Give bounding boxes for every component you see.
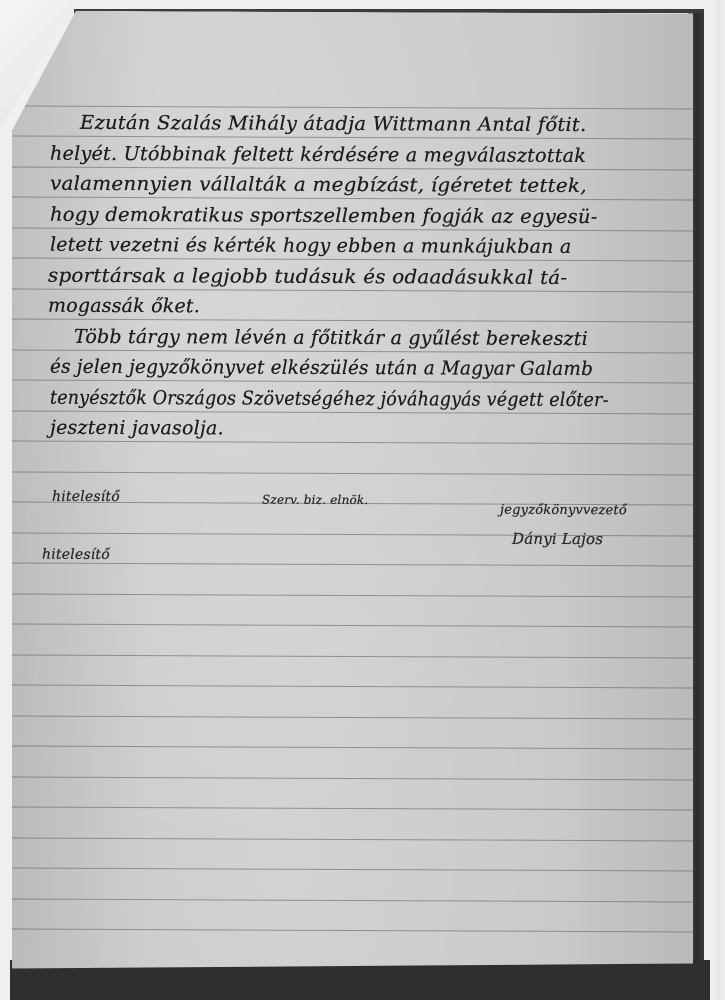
body-line: sporttársak a legjobb tudásuk és odaadás…: [48, 264, 567, 290]
authenticator-label-2: hitelesítő: [42, 543, 110, 567]
document-page: Ezután Szalás Mihály átadja Wittmann Ant…: [12, 11, 693, 972]
recorder-signature: Dányi Lajos: [512, 527, 603, 551]
body-line: valamennyien vállalták a megbízást, ígér…: [50, 172, 587, 198]
body-line: tenyésztők Országos Szövetségéhez jóváha…: [50, 386, 609, 412]
body-line: mogassák őket.: [48, 294, 200, 319]
body-line: és jelen jegyzőkönyvet elkészülés után a…: [50, 355, 593, 381]
body-line: jeszteni javasolja.: [50, 416, 224, 441]
recorder-title: jegyzőkönyvvezető: [500, 499, 627, 524]
scanner-margin-right: [708, 0, 725, 1000]
authenticator-label-1: hitelesítő: [52, 485, 120, 509]
chair-label: Szerv. biz. elnök.: [262, 488, 368, 512]
body-line: letett vezetni és kérték hogy ebben a mu…: [50, 233, 571, 259]
body-line: Több tárgy nem lévén a főtitkár a gyűlés…: [74, 325, 588, 351]
body-line: Ezután Szalás Mihály átadja Wittmann Ant…: [80, 111, 586, 137]
body-line: hogy demokratikus sportszellemben fogják…: [50, 203, 598, 229]
body-line: helyét. Utóbbinak feltett kérdésére a me…: [50, 142, 586, 168]
